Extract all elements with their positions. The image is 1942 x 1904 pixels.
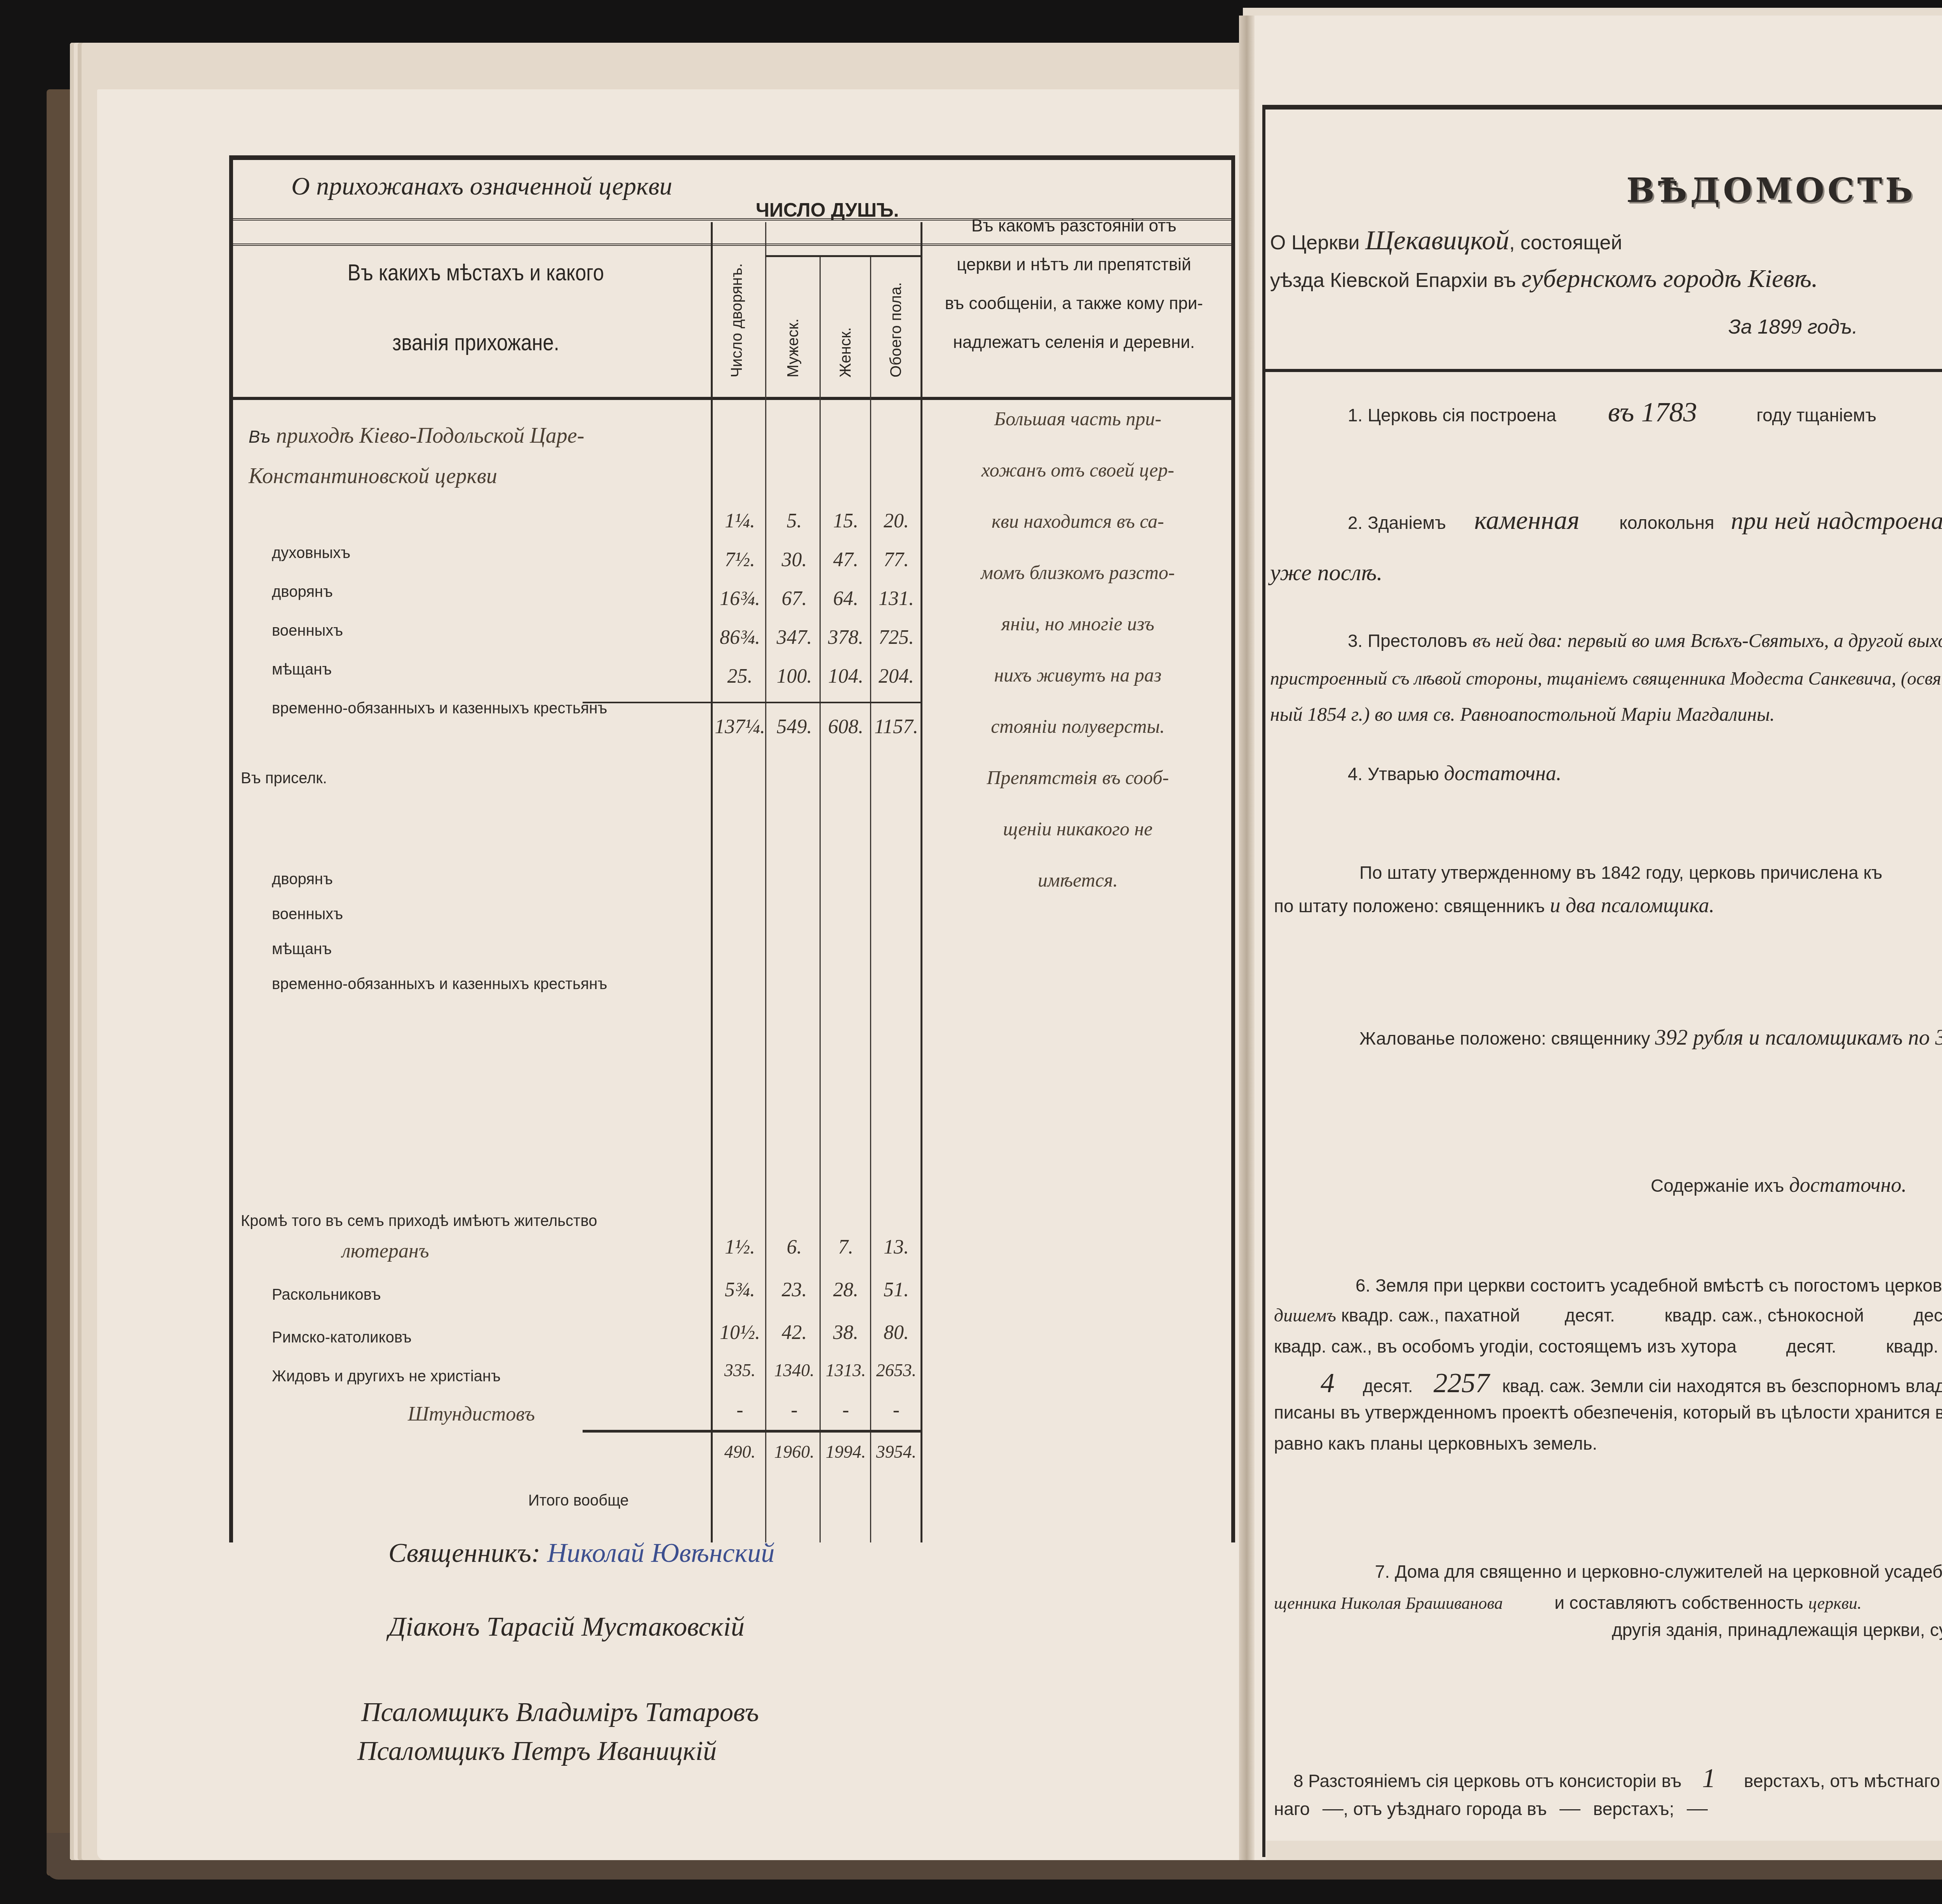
year-line: За 1899 годъ. [1728,315,1858,339]
salary-line: Жалованье положено: священнику 392 рубля… [1359,1025,1942,1050]
other-residents-label: Кромѣ того въ семъ приходѣ имѣютъ житель… [241,1212,597,1230]
header-remarks: Въ какомъ разстояніи отъ церкви и нѣтъ л… [924,207,1223,362]
item-7-line-2: щенника Николая Брашиванова и составляют… [1274,1592,1862,1613]
item-8-distance: 8 Разстояніемъ сія церковь отъ консистор… [1293,1763,1942,1794]
header-male: Мужеск. [785,318,802,377]
village-section-label: Въ приселк. [241,770,327,787]
village-row-label: дворянъ [272,871,333,888]
item-6-line-5: писаны въ утвержденномъ проектѣ обезпече… [1274,1402,1942,1423]
table-title: О прихожанахъ означенной церкви [291,172,672,201]
item-4-utensils: 4. Утварью достаточна. [1348,761,1561,785]
item-6-line-2: дишемъ квадр. саж., пахатной десят. квад… [1274,1305,1942,1326]
item-8-line-2: наго —, отъ уѣзднаго города въ — верстах… [1274,1794,1708,1821]
signature-psalmist-2: Псаломщикъ Петръ Иваницкій [357,1736,717,1767]
maintenance-line: Содержаніе ихъ достаточно. [1651,1173,1907,1197]
item-7-line-3: другія зданія, принадлежащія церкви, сут… [1612,1619,1942,1641]
header-place-rank: Въ какихъ мѣстахъ и какого званія прихож… [283,238,669,377]
column-line [711,222,713,1542]
signature-psalmist-1: Псаломщикъ Владиміръ Татаровъ [361,1697,759,1728]
village-row-label: мѣщанъ [272,941,332,958]
header-both-sexes: Обоего пола. [887,282,905,377]
subtotal-line [583,702,921,703]
book-gutter [1239,16,1255,1860]
column-line [765,222,766,1542]
parishioners-table: О прихожанахъ означенной церкви Въ каких… [229,155,1235,1542]
remarks-text: Большая часть при- хожанъ отъ своей цер-… [928,393,1227,906]
column-line [820,257,821,1542]
header-female: Женск. [837,327,854,377]
souls-subheader-line [765,255,921,257]
item-3-altars: 3. Престоловъ въ ней два: первый во имя … [1348,629,1942,652]
district-line: уѣзда Кіевской Епархіи въ губернскомъ го… [1270,264,1818,294]
item-3-continued: ный 1854 г.) во имя св. Равноапостольной… [1270,703,1775,725]
signature-deacon: Діаконъ Тарасій Мустаковскій [388,1612,745,1643]
staff-line-2: по штату положено: священникъ и два псал… [1274,893,1714,917]
signature-priest: Священникъ: Николай Ювѣнский [388,1538,774,1569]
item-2-building: 2. Зданіемъ каменная колокольня при ней … [1348,505,1942,536]
total-line [583,1430,921,1433]
village-row-label: военныхъ [272,906,343,923]
item-6-line-4: 4 десят. 2257 квад. саж. Земли сіи наход… [1321,1367,1942,1399]
column-line [870,257,871,1542]
parish-name: Въ приходѣ Кіево-Подольской Царе-Констан… [249,416,695,496]
header-divider [1262,369,1942,372]
item-6-line-3: квадр. саж., въ особомъ угодіи, состояще… [1274,1336,1942,1357]
header-households: Число дворянъ. [728,263,746,377]
item-3-continued: пристроенный съ лѣвой стороны, тщаніемъ … [1270,668,1942,689]
header-souls: ЧИСЛО ДУШЪ. [750,199,905,221]
item-7-houses: 7. Дома для священно и церковно-служител… [1375,1561,1942,1582]
church-line: О Церкви Щекавицкой, состоящей [1270,225,1622,256]
column-line [921,222,922,1542]
staff-line: По штату утвержденному въ 1842 году, цер… [1359,862,1942,883]
item-6-land: 6. Земля при церкви состоитъ усадебной в… [1356,1274,1942,1296]
village-row-label: временно-обязанныхъ и казенныхъ крестьян… [272,975,607,993]
document-title: ВѢДОМОСТЬ [1262,171,1942,210]
item-2-continued: уже послѣ. [1270,559,1383,586]
item-6-line-6: равно какъ планы церковныхъ земель. [1274,1433,1597,1454]
item-1-church-built: 1. Церковь сія построена въ 1783 году тщ… [1348,396,1876,428]
